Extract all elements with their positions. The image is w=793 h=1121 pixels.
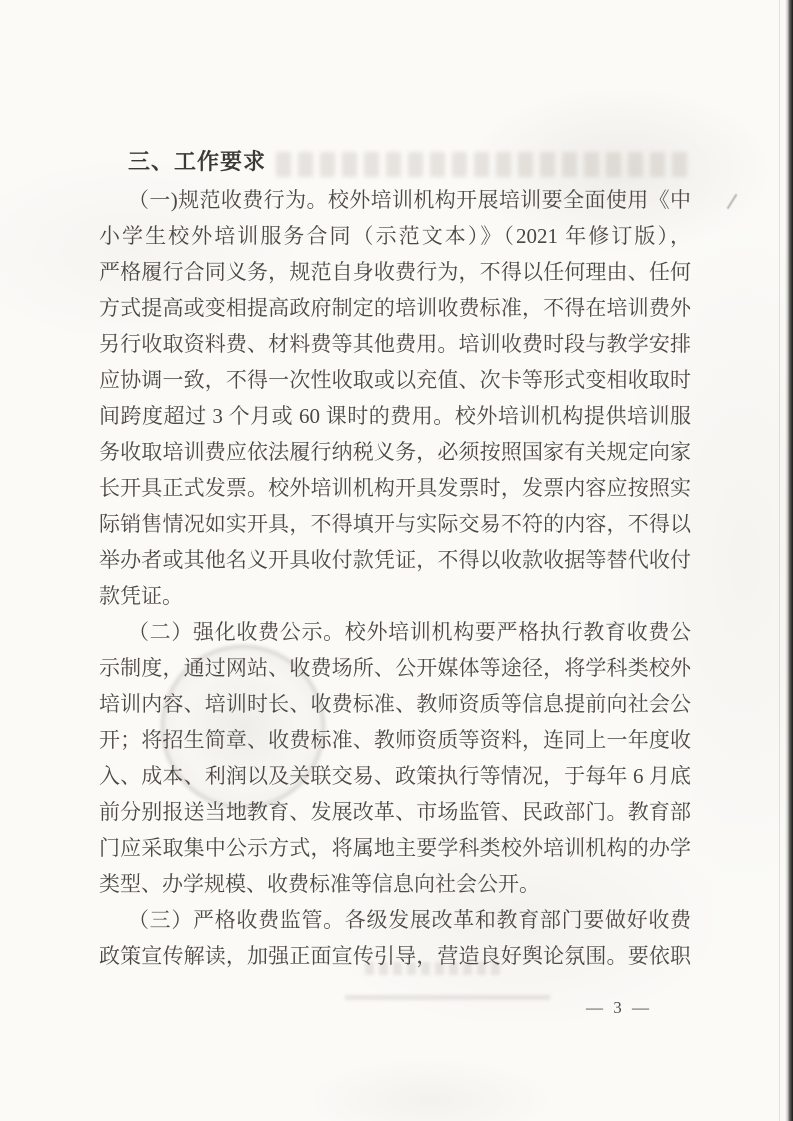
text-line: 入、成本、利润以及关联交易、政策执行等情况，于每年 6 月底 (99, 758, 691, 794)
text-line: （三）严格收费监管。各级发展改革和教育部门要做好收费 (99, 902, 691, 938)
scanned-document-page: 三、工作要求 （一)规范收费行为。校外培训机构开展培训要全面使用《中 小学生校外… (0, 0, 793, 1121)
text-line: 长开具正式发票。校外培训机构开具发票时，发票内容应按照实 (99, 470, 691, 506)
text-line: 前分别报送当地教育、发展改革、市场监管、民政部门。教育部 (99, 794, 691, 830)
document-body: 三、工作要求 （一)规范收费行为。校外培训机构开展培训要全面使用《中 小学生校外… (99, 144, 691, 974)
text-line: 另行收取资料费、材料费等其他费用。培训收费时段与教学安排 (99, 326, 691, 362)
text-line: 门应采取集中公示方式，将属地主要学科类校外培训机构的办学 (99, 830, 691, 866)
text-line: 应协调一致，不得一次性收取或以充值、次卡等形式变相收取时 (99, 362, 691, 398)
text-line: 际销售情况如实开具，不得填开与实际交易不符的内容，不得以 (99, 506, 691, 542)
text-line: 培训内容、培训时长、收费标准、教师资质等信息提前向社会公 (99, 686, 691, 722)
bleedthrough-smudge-bottom (345, 995, 550, 1000)
text-line: 开；将招生简章、收费标准、教师资质等资料，连同上一年度收 (99, 722, 691, 758)
text-line: 举办者或其他名义开具收付款凭证，不得以收款收据等替代收付 (99, 542, 691, 578)
section-heading: 三、工作要求 (99, 144, 691, 182)
text-line: 政策宣传解读，加强正面宣传引导，营造良好舆论氛围。要依职 (99, 938, 691, 974)
text-line: 示制度，通过网站、收费场所、公开媒体等途径，将学科类校外 (99, 650, 691, 686)
text-line: 小学生校外培训服务合同（示范文本）》（2021 年修订版）， (99, 218, 691, 254)
text-line: 方式提高或变相提高政府制定的培训收费标准，不得在培训费外 (99, 290, 691, 326)
text-line: 严格履行合同义务，规范自身收费行为，不得以任何理由、任何 (99, 254, 691, 290)
text-line: 款凭证。 (99, 578, 691, 614)
text-line: 类型、办学规模、收费标准等信息向社会公开。 (99, 866, 691, 902)
scan-edge-faint-line (779, 0, 780, 1121)
text-line: （一)规范收费行为。校外培训机构开展培训要全面使用《中 (99, 182, 691, 218)
stray-mark (727, 194, 738, 209)
text-line: 务收取培训费应依法履行纳税义务，必须按照国家有关规定向家 (99, 434, 691, 470)
text-line: （二）强化收费公示。校外培训机构要严格执行教育收费公 (99, 614, 691, 650)
text-line: 间跨度超过 3 个月或 60 课时的费用。校外培训机构提供培训服 (99, 398, 691, 434)
scan-edge-artifact (785, 0, 793, 1121)
page-number: — 3 — (586, 997, 686, 1019)
